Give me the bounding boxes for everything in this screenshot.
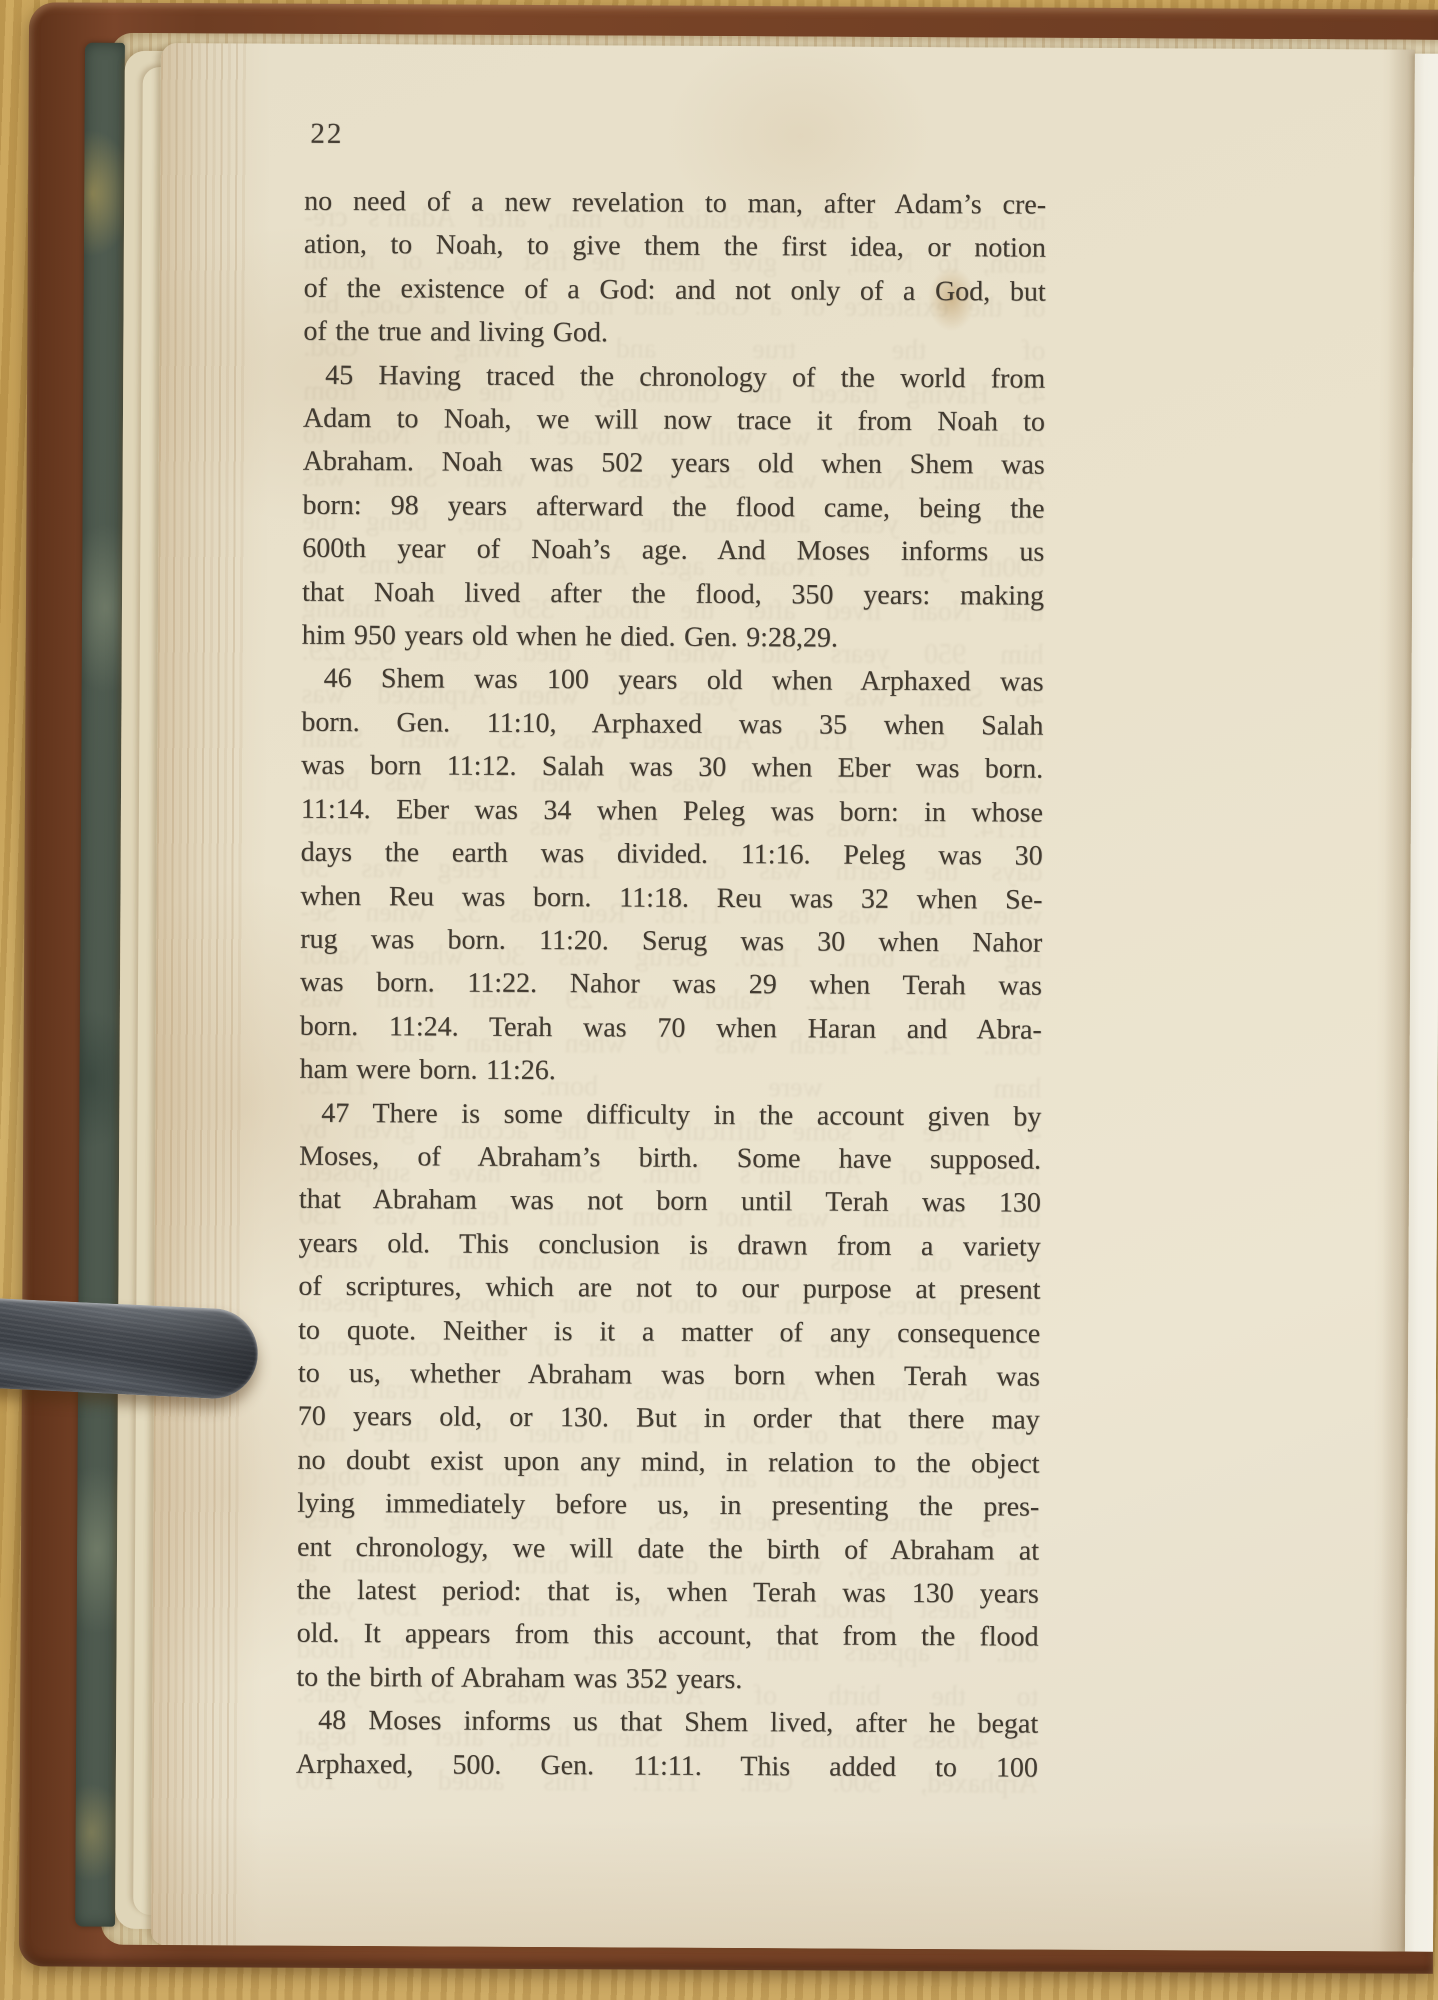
text-line: 46 Shem was 100 years old when Arphaxed … bbox=[301, 657, 1043, 704]
text-line: 45 Having traced the chronology of the w… bbox=[303, 353, 1045, 400]
text-line: Abraham. Noah was 502 years old when She… bbox=[303, 440, 1045, 487]
text-line: born. 11:24. Terah was 70 when Haran and… bbox=[300, 1004, 1042, 1051]
text-line: days the earth was divided. 11:16. Peleg… bbox=[301, 831, 1043, 878]
text-line: Adam to Noah, we will now trace it from … bbox=[303, 397, 1045, 444]
book-cover: 22 no need of a new revelation to man, a… bbox=[19, 2, 1438, 1973]
text-line: 70 years old, or 130. But in order that … bbox=[298, 1395, 1040, 1442]
text-line: of the existence of a God: and not only … bbox=[304, 267, 1046, 314]
text-line: 48 Moses informs us that Shem lived, aft… bbox=[296, 1699, 1038, 1746]
text-line: ent chronology, we will date the birth o… bbox=[297, 1525, 1039, 1572]
text-line: when Reu was born. 11:18. Reu was 32 whe… bbox=[300, 874, 1042, 921]
text-line: the latest period: that is, when Terah w… bbox=[297, 1569, 1039, 1616]
text-line: born. Gen. 11:10, Arphaxed was 35 when S… bbox=[301, 701, 1043, 748]
text-line: to us, whether Abraham was born when Ter… bbox=[298, 1352, 1040, 1399]
text-line: 11:14. Eber was 34 when Peleg was born: … bbox=[301, 787, 1043, 834]
text-line: Moses, of Abraham’s birth. Some have sup… bbox=[299, 1135, 1041, 1182]
gutter-stain-shading bbox=[151, 43, 247, 1945]
wood-table: 22 no need of a new revelation to man, a… bbox=[0, 0, 1438, 2000]
text-line: was born. 11:22. Nahor was 29 when Terah… bbox=[300, 961, 1042, 1008]
text-line: old. It appears from this account, that … bbox=[296, 1612, 1038, 1659]
text-line: ham were born. 11:26. bbox=[299, 1048, 1041, 1095]
text-line: lying immediately before us, in presenti… bbox=[297, 1482, 1039, 1529]
text-line: that Abraham was not born until Terah wa… bbox=[299, 1178, 1041, 1225]
text-line: born: 98 years afterward the flood came,… bbox=[302, 484, 1044, 531]
text-line: him 950 years old when he died. Gen. 9:2… bbox=[302, 614, 1044, 661]
text-line: Arphaxed, 500. Gen. 11:11. This added to… bbox=[296, 1742, 1038, 1789]
text-line: years old. This conclusion is drawn from… bbox=[299, 1221, 1041, 1268]
book-page: 22 no need of a new revelation to man, a… bbox=[151, 43, 1415, 1952]
metal-bookmark-strip bbox=[0, 1298, 260, 1401]
text-line: no need of a new revelation to man, afte… bbox=[304, 180, 1046, 227]
text-line: to quote. Neither is it a matter of any … bbox=[298, 1308, 1040, 1355]
text-line: to the birth of Abraham was 352 years. bbox=[296, 1656, 1038, 1703]
page-number: 22 bbox=[310, 118, 343, 151]
text-line: rug was born. 11:20. Serug was 30 when N… bbox=[300, 918, 1042, 965]
text-line: 47 There is some difficulty in the accou… bbox=[299, 1091, 1041, 1138]
text-line: no doubt exist upon any mind, in relatio… bbox=[297, 1439, 1039, 1486]
text-block: no need of a new revelation to man, afte… bbox=[296, 180, 1046, 1790]
text-line: that Noah lived after the flood, 350 yea… bbox=[302, 570, 1044, 617]
text-line: ation, to Noah, to give them the first i… bbox=[304, 223, 1046, 270]
text-line: 600th year of Noah’s age. And Moses info… bbox=[302, 527, 1044, 574]
text-line: of scriptures, which are not to our purp… bbox=[298, 1265, 1040, 1312]
text-line: of the true and living God. bbox=[303, 310, 1045, 357]
text-line: was born 11:12. Salah was 30 when Eber w… bbox=[301, 744, 1043, 791]
